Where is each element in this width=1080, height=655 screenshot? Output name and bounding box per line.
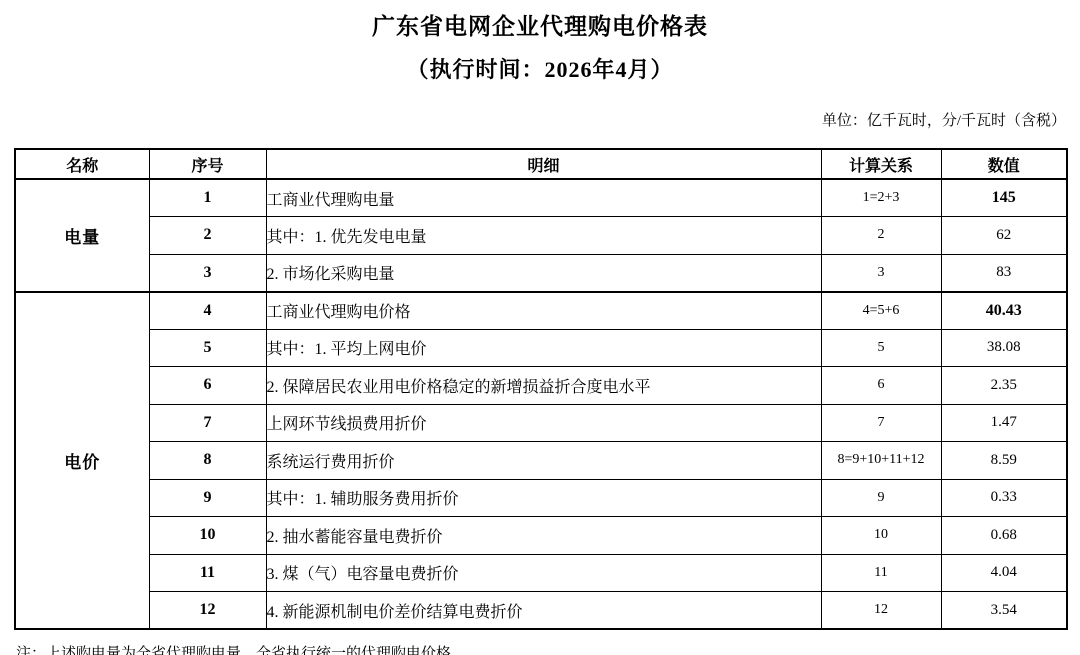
value-cell: 83 (941, 254, 1067, 292)
seq-cell: 1 (149, 179, 266, 217)
table-row-11: 11 3. 煤（气）电容量电费折价 11 4.04 (15, 554, 1067, 592)
calc-cell: 5 (821, 329, 941, 367)
value-cell: 0.33 (941, 479, 1067, 517)
seq-cell: 5 (149, 329, 266, 367)
value-cell: 40.43 (941, 292, 1067, 330)
table-row-6: 6 2. 保障居民农业用电价格稳定的新增损益折合度电水平 6 2.35 (15, 367, 1067, 405)
detail-cell: 2. 市场化采购电量 (266, 254, 821, 292)
table-row-5: 5 其中：1. 平均上网电价 5 38.08 (15, 329, 1067, 367)
calc-cell: 12 (821, 592, 941, 630)
detail-cell: 4. 新能源机制电价差价结算电费折价 (266, 592, 821, 630)
detail-cell: 其中：1. 辅助服务费用折价 (266, 479, 821, 517)
document-page: 广东省电网企业代理购电价格表 （执行时间：2026年4月） 单位：亿千瓦时，分/… (0, 0, 1080, 655)
page-title: 广东省电网企业代理购电价格表 (0, 8, 1080, 41)
seq-cell: 12 (149, 592, 266, 630)
value-cell: 8.59 (941, 442, 1067, 480)
unit-note: 单位：亿千瓦时，分/千瓦时（含税） (0, 109, 1066, 130)
value-cell: 4.04 (941, 554, 1067, 592)
detail-cell: 工商业代理购电价格 (266, 292, 821, 330)
table-row-4: 电价 4 工商业代理购电价格 4=5+6 40.43 (15, 292, 1067, 330)
calc-cell: 8=9+10+11+12 (821, 442, 941, 480)
detail-cell: 上网环节线损费用折价 (266, 404, 821, 442)
seq-cell: 4 (149, 292, 266, 330)
table-row-1: 电量 1 工商业代理购电量 1=2+3 145 (15, 179, 1067, 217)
footnote: 注：上述购电量为全省代理购电量，全省执行统一的代理购电价格 (16, 642, 1080, 655)
price-table: 名称 序号 明细 计算关系 数值 电量 1 工商业代理购电量 1=2+3 145… (14, 148, 1068, 630)
calc-cell: 7 (821, 404, 941, 442)
calc-cell: 3 (821, 254, 941, 292)
value-cell: 145 (941, 179, 1067, 217)
col-header-detail: 明细 (266, 149, 821, 179)
detail-cell: 其中：1. 平均上网电价 (266, 329, 821, 367)
group-name-electricity-volume: 电量 (15, 179, 149, 292)
value-cell: 3.54 (941, 592, 1067, 630)
calc-cell: 10 (821, 517, 941, 555)
table-row-9: 9 其中：1. 辅助服务费用折价 9 0.33 (15, 479, 1067, 517)
calc-cell: 2 (821, 217, 941, 255)
calc-cell: 11 (821, 554, 941, 592)
detail-cell: 2. 保障居民农业用电价格稳定的新增损益折合度电水平 (266, 367, 821, 405)
seq-cell: 2 (149, 217, 266, 255)
value-cell: 0.68 (941, 517, 1067, 555)
table-row-3: 3 2. 市场化采购电量 3 83 (15, 254, 1067, 292)
calc-cell: 1=2+3 (821, 179, 941, 217)
col-header-seq: 序号 (149, 149, 266, 179)
page-subtitle: （执行时间：2026年4月） (0, 53, 1080, 84)
value-cell: 38.08 (941, 329, 1067, 367)
col-header-value: 数值 (941, 149, 1067, 179)
seq-cell: 9 (149, 479, 266, 517)
table-row-2: 2 其中：1. 优先发电电量 2 62 (15, 217, 1067, 255)
seq-cell: 11 (149, 554, 266, 592)
value-cell: 2.35 (941, 367, 1067, 405)
col-header-name: 名称 (15, 149, 149, 179)
seq-cell: 7 (149, 404, 266, 442)
value-cell: 1.47 (941, 404, 1067, 442)
calc-cell: 4=5+6 (821, 292, 941, 330)
seq-cell: 8 (149, 442, 266, 480)
detail-cell: 系统运行费用折价 (266, 442, 821, 480)
table-row-12: 12 4. 新能源机制电价差价结算电费折价 12 3.54 (15, 592, 1067, 630)
value-cell: 62 (941, 217, 1067, 255)
calc-cell: 9 (821, 479, 941, 517)
detail-cell: 其中：1. 优先发电电量 (266, 217, 821, 255)
table-header-row: 名称 序号 明细 计算关系 数值 (15, 149, 1067, 179)
seq-cell: 6 (149, 367, 266, 405)
detail-cell: 2. 抽水蓄能容量电费折价 (266, 517, 821, 555)
table-row-10: 10 2. 抽水蓄能容量电费折价 10 0.68 (15, 517, 1067, 555)
table-row-7: 7 上网环节线损费用折价 7 1.47 (15, 404, 1067, 442)
detail-cell: 3. 煤（气）电容量电费折价 (266, 554, 821, 592)
col-header-calc: 计算关系 (821, 149, 941, 179)
table-row-8: 8 系统运行费用折价 8=9+10+11+12 8.59 (15, 442, 1067, 480)
seq-cell: 10 (149, 517, 266, 555)
group-name-electricity-price: 电价 (15, 292, 149, 630)
seq-cell: 3 (149, 254, 266, 292)
calc-cell: 6 (821, 367, 941, 405)
detail-cell: 工商业代理购电量 (266, 179, 821, 217)
